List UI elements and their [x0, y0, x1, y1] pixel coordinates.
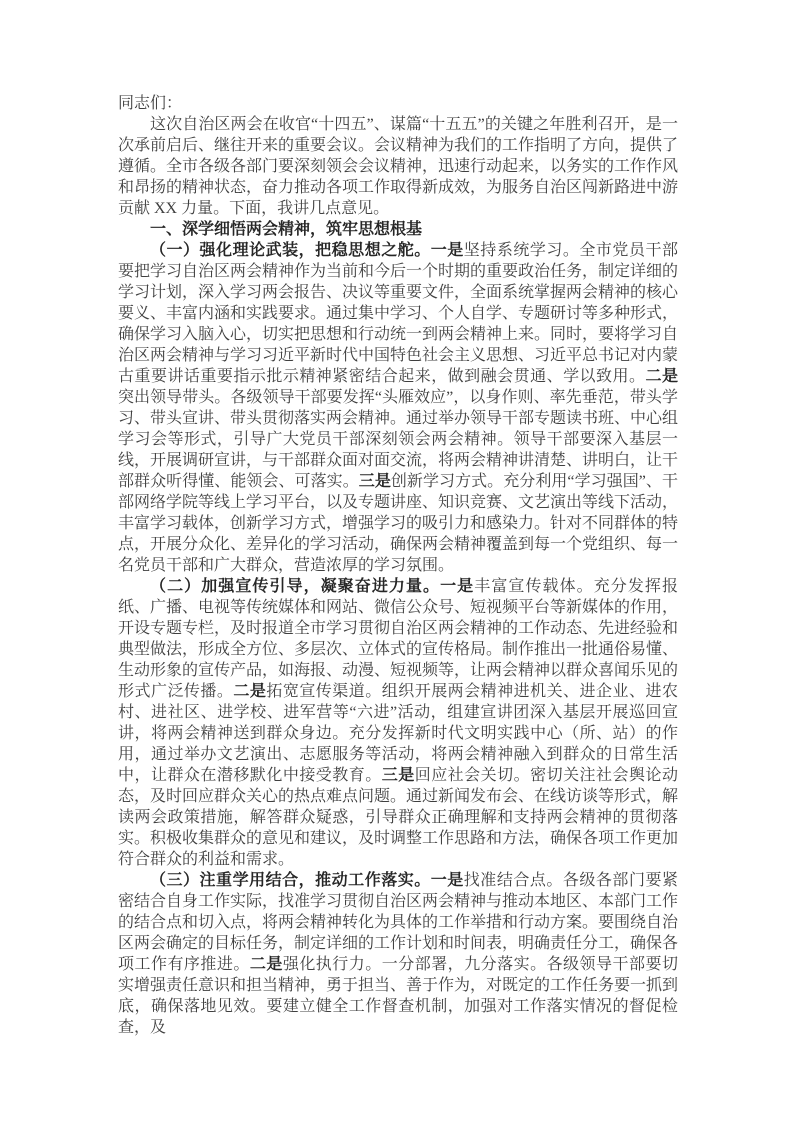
bold-text-run: 一、深学细悟两会精神，筑牢思想根基 [150, 221, 422, 238]
bold-text-run: 二是 [233, 683, 266, 700]
text-run: 这次自治区两会在收官“十四五”、谋篇“十五五”的关键之年胜利召开，是一次承前启后… [118, 116, 678, 217]
bold-text-run: （三）注重学用结合，推动工作落实。一是 [150, 872, 464, 889]
paragraph-section-1-heading: 一、深学细悟两会精神，筑牢思想根基 [118, 219, 678, 240]
document-page: 同志们：这次自治区两会在收官“十四五”、谋篇“十五五”的关键之年胜利召开，是一次… [0, 0, 793, 1122]
paragraph-salutation: 同志们： [118, 93, 678, 114]
bold-text-run: 二是 [646, 368, 679, 385]
text-run: 坚持系统学习。全市党员干部要把学习自治区两会精神作为当前和今后一个时期的重要政治… [118, 242, 678, 385]
bold-text-run: 二是 [250, 956, 283, 973]
paragraph-section-1-3: （三）注重学用结合，推动工作落实。一是找准结合点。各级各部门要紧密结合自身工作实… [118, 870, 678, 1038]
text-run: 同志们： [118, 95, 182, 112]
text-run: 丰富宣传载体。充分发挥报纸、广播、电视等传统媒体和网站、微信公众号、短视频平台等… [118, 578, 678, 700]
bold-text-run: （一）强化理论武装，把稳思想之舵。一是 [150, 242, 464, 259]
paragraph-intro: 这次自治区两会在收官“十四五”、谋篇“十五五”的关键之年胜利召开，是一次承前启后… [118, 114, 678, 219]
bold-text-run: （二）加强宣传引导，凝聚奋进力量。一是 [150, 578, 474, 595]
bold-text-run: 三是 [382, 767, 415, 784]
paragraph-section-1-2: （二）加强宣传引导，凝聚奋进力量。一是丰富宣传载体。充分发挥报纸、广播、电视等传… [118, 576, 678, 870]
bold-text-run: 三是 [359, 473, 391, 490]
paragraph-section-1-1: （一）强化理论武装，把稳思想之舵。一是坚持系统学习。全市党员干部要把学习自治区两… [118, 240, 678, 576]
document-body: 同志们：这次自治区两会在收官“十四五”、谋篇“十五五”的关键之年胜利召开，是一次… [118, 93, 678, 1038]
